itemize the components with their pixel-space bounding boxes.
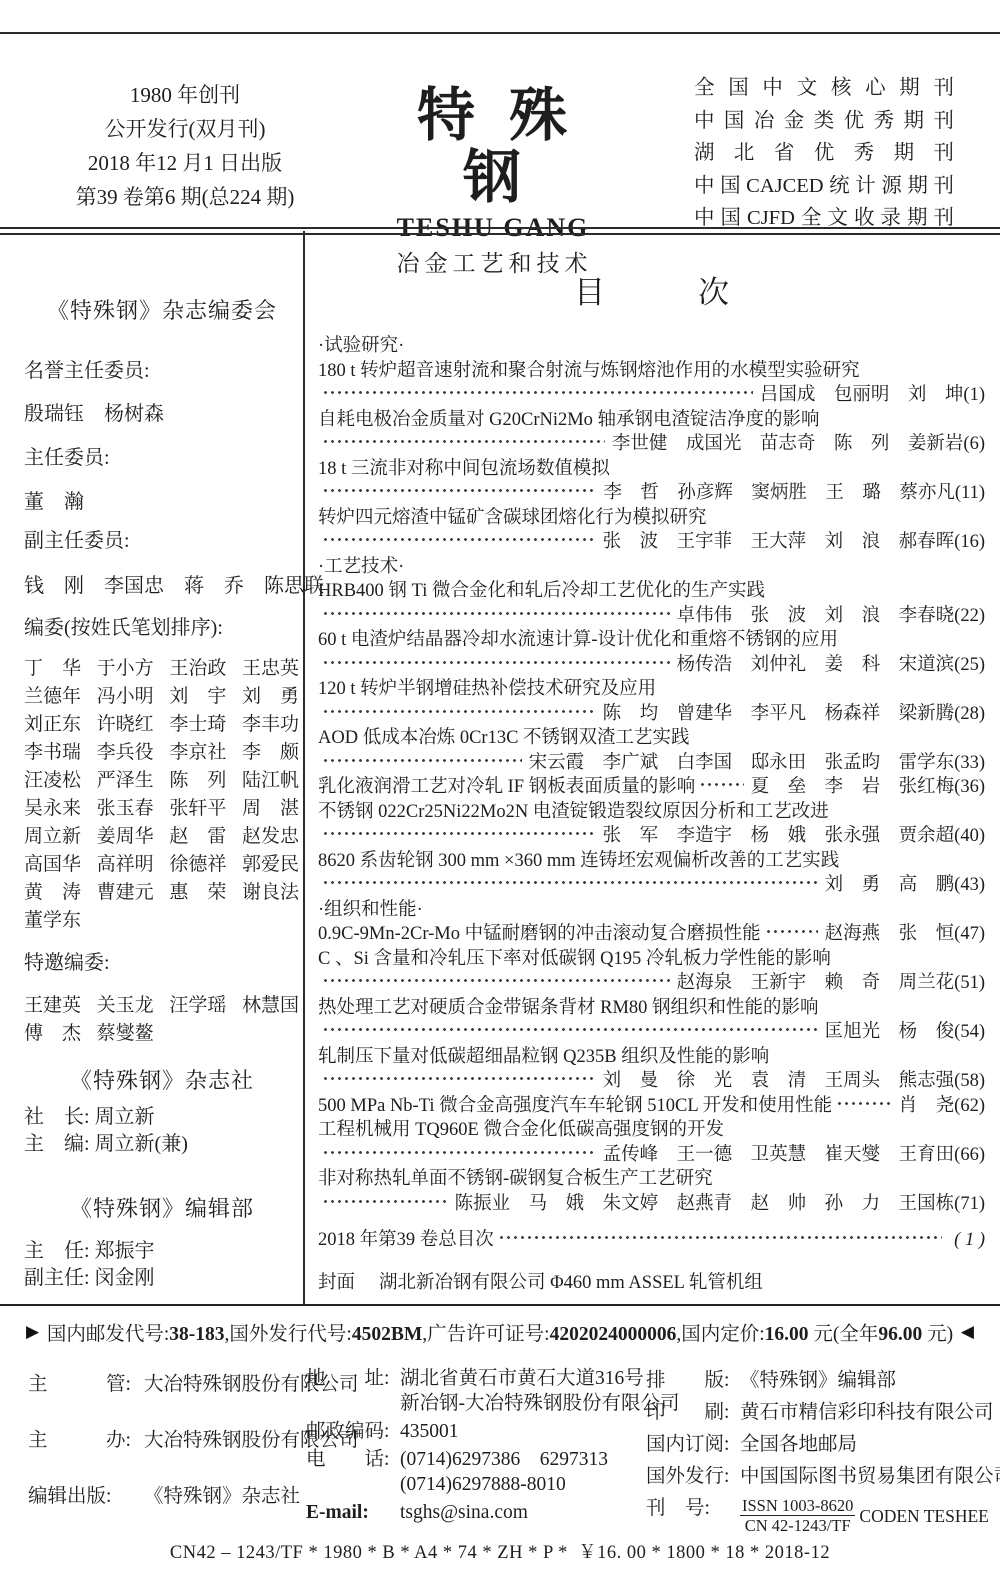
honor-line: 中国CAJCED统计源期刊 xyxy=(694,170,954,203)
editor-name: 丁 华 xyxy=(24,655,82,683)
notice-segment: 4502BM xyxy=(352,1324,422,1345)
editor-name: 刘正东 xyxy=(24,711,82,739)
toc-article-title: 不锈钢 022Cr25Ni22Mo2N 电渣锭锻造裂纹原因分析和工艺改进 xyxy=(318,800,985,825)
toc-article-entry: 乳化液润滑工艺对冷轧 IF 钢板表面质量的影响夏 垒 李 岩 张红梅(36) xyxy=(318,775,985,800)
toc-article-title: 500 MPa Nb-Ti 微合金高强度汽车车轮钢 510CL 开发和使用性能 xyxy=(318,1094,832,1119)
coden-code: CODEN TESHEE xyxy=(859,1503,988,1529)
top-rule xyxy=(0,32,1000,34)
issue-info-line: 第39 卷第6 期(总224 期) xyxy=(46,180,324,214)
dot-leader xyxy=(322,825,596,841)
toc-page-number: (43) xyxy=(954,873,985,898)
colophon-value: 《特殊钢》编辑部 xyxy=(740,1368,896,1394)
colophon-value: 湖北省黄石市黄石大道316号新冶钢-大冶特殊钢股份有限公司 xyxy=(400,1366,680,1416)
editor-name: 兰德年 xyxy=(24,683,82,711)
toc-authors: 李 哲 孙彦辉 窦炳胜 王 璐 蔡亦凡 xyxy=(603,481,955,506)
colophon-row: 主 管:大冶特殊钢股份有限公司 xyxy=(28,1372,306,1398)
toc-authors: 宋云霞 李广斌 白李国 邸永田 张孟昀 雷学东 xyxy=(529,751,955,776)
dot-leader xyxy=(765,923,818,939)
editor-name: 李书瑞 xyxy=(24,739,82,767)
toc-article-entry: 0.9C-9Mn-2Cr-Mo 中锰耐磨钢的冲击滚动复合磨损性能赵海燕 张 恒(… xyxy=(318,922,985,947)
editorial-dept-title: 《特殊钢》编辑部 xyxy=(24,1194,300,1224)
editor-name: 吴永来 xyxy=(24,795,82,823)
toc-author-line: 卓伟伟 张 波 刘 浪 李春晓(22) xyxy=(318,604,985,629)
colophon-row: 刊 号:ISSN 1003-8620CN 42-1243/TFCODEN TES… xyxy=(646,1496,994,1535)
toc-page-number: (28) xyxy=(954,702,985,727)
editor-name: 刘 宇 xyxy=(169,683,227,711)
special-editors-label: 特邀编委: xyxy=(24,950,300,976)
magazine-office-staff: 社 长: 周立新主 编: 周立新(兼) xyxy=(24,1104,300,1158)
toc-authors: 孟传峰 王一德 卫英慧 崔天燮 王育田 xyxy=(603,1143,955,1168)
editor-name: 高祥明 xyxy=(97,851,155,879)
staff-row: 主 任: 郑振宇 xyxy=(24,1238,300,1265)
right-arrow-icon: ◀ xyxy=(961,1322,974,1342)
toc-page-number: (47) xyxy=(954,922,985,947)
editor-name: 许晓红 xyxy=(97,711,155,739)
editor-name: 高国华 xyxy=(24,851,82,879)
dot-leader xyxy=(322,384,753,400)
cover-text: 湖北新冶钢有限公司 Φ460 mm ASSEL 轧管机组 xyxy=(379,1271,763,1296)
colophon-value: 435001 xyxy=(400,1419,459,1444)
editor-name: 王忠英 xyxy=(242,655,300,683)
notice-segment: 元) xyxy=(922,1324,953,1345)
notice-segment: ,广告许可证号: xyxy=(422,1324,549,1345)
issn-cn-fraction: ISSN 1003-8620CN 42-1243/TF xyxy=(740,1496,855,1535)
issue-info-line: 公开发行(双月刊) xyxy=(46,112,324,146)
colophon-column-contact: 地 址:湖北省黄石市黄石大道316号新冶钢-大冶特殊钢股份有限公司邮政编码:43… xyxy=(306,1366,644,1528)
notice-segment: ,国外发行代号: xyxy=(225,1324,352,1345)
toc-author-line: 杨传浩 刘仲礼 姜 科 宋道滨(25) xyxy=(318,653,985,678)
toc-list: ·试验研究·180 t 转炉超音速射流和聚合射流与炼钢熔池作用的水模型实验研究吕… xyxy=(318,334,985,1295)
toc-author-line: 陈 均 曾建华 李平凡 杨森祥 梁新腾(28) xyxy=(318,702,985,727)
colophon-row: E-mail:tsghs@sina.com xyxy=(306,1500,644,1525)
toc-authors: 陈 均 曾建华 李平凡 杨森祥 梁新腾 xyxy=(603,702,955,727)
toc-author-line: 李 哲 孙彦辉 窦炳胜 王 璐 蔡亦凡(11) xyxy=(318,481,985,506)
toc-author-line: 刘 勇 高 鹏(43) xyxy=(318,873,985,898)
dot-leader xyxy=(322,482,596,498)
dot-leader xyxy=(322,654,670,670)
colophon-row: 国内订阅:全国各地邮局 xyxy=(646,1432,994,1458)
colophon-label: 印 刷: xyxy=(646,1400,736,1426)
editor-name: 刘 勇 xyxy=(242,683,300,711)
toc-authors: 张 军 李造宇 杨 娥 张永强 贾余超 xyxy=(603,824,955,849)
toc-authors: 刘 勇 高 鹏 xyxy=(825,873,955,898)
toc-author-line: 刘 曼 徐 光 袁 清 王周头 熊志强(58) xyxy=(318,1069,985,1094)
toc-authors: 陈振业 马 娥 朱文婷 赵燕青 赵 帅 孙 力 王国栋 xyxy=(455,1192,955,1217)
toc-article-title: 工程机械用 TQ960E 微合金化低碳高强度钢的开发 xyxy=(318,1118,985,1143)
notice-segment: 4202024000006 xyxy=(550,1324,677,1345)
toc-article-title: 热处理工艺对硬质合金带锯条背材 RM80 钢组织和性能的影响 xyxy=(318,996,985,1021)
editor-name: 陈 列 xyxy=(169,767,227,795)
toc-authors: 李世健 成国光 苗志奇 陈 列 姜新岩 xyxy=(612,432,964,457)
colophon-column-publisher: 主 管:大冶特殊钢股份有限公司主 办:大冶特殊钢股份有限公司编辑出版:《特殊钢》… xyxy=(28,1372,306,1540)
staff-value: 郑振宇 xyxy=(90,1240,155,1262)
issue-info: 1980 年创刊公开发行(双月刊)2018 年12 月1 日出版第39 卷第6 … xyxy=(46,78,324,214)
editor-name: 张轩平 xyxy=(169,795,227,823)
editor-name: 姜周华 xyxy=(97,823,155,851)
toc-page-number: (1) xyxy=(963,383,985,408)
colophon-value: 黄石市精信彩印科技有限公司 xyxy=(740,1400,994,1426)
colophon-value: 《特殊钢》杂志社 xyxy=(144,1484,300,1510)
toc-article-title: 非对称热轧单面不锈钢-碳钢复合板生产工艺研究 xyxy=(318,1167,985,1192)
staff-label: 社 长: xyxy=(24,1106,90,1128)
colophon-label: 地 址: xyxy=(306,1366,396,1391)
staff-label: 副主任: xyxy=(24,1267,90,1289)
special-editor-name: 林慧国 xyxy=(242,992,300,1020)
toc-article-title: 轧制压下量对低碳超细晶粒钢 Q235B 组织及性能的影响 xyxy=(318,1045,985,1070)
editor-name: 徐德祥 xyxy=(169,851,227,879)
distribution-notice: ▶ 国内邮发代号:38-183,国外发行代号:4502BM,广告许可证号:420… xyxy=(26,1318,974,1346)
colophon-value: (0714)6297386 6297313(0714)6297888-8010 xyxy=(400,1447,608,1497)
colophon-row: 主 办:大冶特殊钢股份有限公司 xyxy=(28,1428,306,1454)
toc-authors: 刘 曼 徐 光 袁 清 王周头 熊志强 xyxy=(603,1069,955,1094)
toc-page-number: (66) xyxy=(954,1143,985,1168)
dot-leader xyxy=(322,972,670,988)
toc-page-number: (62) xyxy=(954,1094,985,1119)
toc-article-title: HRB400 钢 Ti 微合金化和轧后冷却工艺优化的生产实践 xyxy=(318,579,985,604)
toc-page-number: (16) xyxy=(954,530,985,555)
volume-index-title: 2018 年第39 卷总目次 xyxy=(318,1228,494,1253)
editor-name: 曹建元 xyxy=(97,879,155,907)
toc-article-title: 转炉四元熔渣中锰矿含碳球团熔化行为模拟研究 xyxy=(318,506,985,531)
issue-info-line: 1980 年创刊 xyxy=(46,78,324,112)
toc-page-number: (54) xyxy=(954,1020,985,1045)
toc-article-title: 8620 系齿轮钢 300 mm ×360 mm 连铸坯宏观偏析改善的工艺实践 xyxy=(318,849,985,874)
cn-number: CN 42-1243/TF xyxy=(740,1516,855,1535)
cataloging-code-line: CN42 – 1243/TF * 1980 * B * A4 * 74 * ZH… xyxy=(0,1538,1000,1564)
honorary-directors-names: 殷瑞钰 杨树森 xyxy=(24,401,300,427)
toc-authors: 匡旭光 杨 俊 xyxy=(825,1020,955,1045)
header-divider-rule xyxy=(0,227,1000,235)
colophon-value: tsghs@sina.com xyxy=(400,1500,528,1525)
staff-value: 闵金刚 xyxy=(90,1267,155,1289)
editor-name: 赵 雷 xyxy=(169,823,227,851)
colophon-label: 排 版: xyxy=(646,1368,736,1394)
colophon-label: 国内订阅: xyxy=(646,1432,736,1458)
editor-name: 严泽生 xyxy=(97,767,155,795)
editor-name: 汪凌松 xyxy=(24,767,82,795)
toc-page-number: (11) xyxy=(955,481,985,506)
dot-leader xyxy=(322,531,596,547)
toc-authors: 吕国成 包丽明 刘 坤 xyxy=(760,383,964,408)
staff-value: 周立新 xyxy=(90,1106,155,1128)
editor-name: 赵发忠 xyxy=(242,823,300,851)
committee-title: 《特殊钢》杂志编委会 xyxy=(24,296,300,326)
editor-name: 于小方 xyxy=(97,655,155,683)
column-divider-rule xyxy=(303,231,305,1304)
editor-name: 周 湛 xyxy=(242,795,300,823)
toc-page-number: (25) xyxy=(954,653,985,678)
notice-segment: 96.00 xyxy=(878,1324,922,1345)
dot-leader xyxy=(322,1070,596,1086)
colophon-label: 主 办: xyxy=(28,1428,140,1454)
colophon-value: 中国国际图书贸易集团有限公司 xyxy=(740,1464,1000,1490)
cover-note: 封面湖北新冶钢有限公司 Φ460 mm ASSEL 轧管机组 xyxy=(318,1271,985,1296)
toc-authors: 赵海燕 张 恒 xyxy=(825,922,955,947)
staff-label: 主 编: xyxy=(24,1133,90,1155)
staff-row: 社 长: 周立新 xyxy=(24,1104,300,1131)
honor-line: 湖北省优秀期刊 xyxy=(694,137,954,170)
toc-page-number: (58) xyxy=(954,1069,985,1094)
footer-rule xyxy=(0,1304,1000,1306)
notice-segment: 16.00 xyxy=(765,1324,809,1345)
editorial-board-sidebar: 《特殊钢》杂志编委会 名誉主任委员: 殷瑞钰 杨树森 主任委员: 董 瀚 副主任… xyxy=(24,250,300,1292)
toc-author-line: 宋云霞 李广斌 白李国 邸永田 张孟昀 雷学东(33) xyxy=(318,751,985,776)
editor-name: 冯小明 xyxy=(97,683,155,711)
volume-index-page: ( 1 ) xyxy=(954,1228,985,1253)
toc-authors: 杨传浩 刘仲礼 姜 科 宋道滨 xyxy=(677,653,955,678)
special-editor-name: 傅 杰 xyxy=(24,1020,82,1048)
notice-segment: 国内邮发代号: xyxy=(47,1324,169,1345)
distribution-notice-text: 国内邮发代号:38-183,国外发行代号:4502BM,广告许可证号:42020… xyxy=(47,1318,953,1346)
notice-segment: ,国内定价: xyxy=(676,1324,764,1345)
special-editor-name: 汪学瑶 xyxy=(169,992,227,1020)
dot-leader xyxy=(322,605,670,621)
colophon-row: 国外发行:中国国际图书贸易集团有限公司 xyxy=(646,1464,994,1490)
editor-name: 董学东 xyxy=(24,907,82,935)
editor-name: 郭爱民 xyxy=(242,851,300,879)
colophon-row: 地 址:湖北省黄石市黄石大道316号新冶钢-大冶特殊钢股份有限公司 xyxy=(306,1366,644,1416)
colophon-value: 全国各地邮局 xyxy=(740,1432,857,1458)
toc-authors: 张 波 王宇菲 王大萍 刘 浪 郝春晖 xyxy=(603,530,955,555)
cover-label: 封面 xyxy=(318,1271,355,1296)
dot-leader xyxy=(322,1021,818,1037)
issue-info-line: 2018 年12 月1 日出版 xyxy=(46,146,324,180)
dot-leader xyxy=(699,776,743,792)
toc-article-title: 18 t 三流非对称中间包流场数值模拟 xyxy=(318,457,985,482)
colophon-label: 主 管: xyxy=(28,1372,140,1398)
dot-leader xyxy=(836,1095,892,1111)
notice-segment: 38-183 xyxy=(169,1324,224,1345)
toc-author-line: 张 波 王宇菲 王大萍 刘 浪 郝春晖(16) xyxy=(318,530,985,555)
staff-row: 副主任: 闵金刚 xyxy=(24,1265,300,1292)
honors-list: 全国中文核心期刊中国冶金类优秀期刊湖北省优秀期刊中国CAJCED统计源期刊中国C… xyxy=(694,72,954,235)
special-editor-name: 王建英 xyxy=(24,992,82,1020)
director-names: 董 瀚 xyxy=(24,489,300,515)
journal-title: 特殊钢 xyxy=(352,85,632,209)
toc-article-title: 60 t 电渣炉结晶器冷却水流速计算-设计优化和重熔不锈钢的应用 xyxy=(318,628,985,653)
editor-name: 李丰功 xyxy=(242,711,300,739)
editor-name: 周立新 xyxy=(24,823,82,851)
toc-article-title: AOD 低成本冶炼 0Cr13C 不锈钢双渣工艺实践 xyxy=(318,726,985,751)
toc-author-line: 陈振业 马 娥 朱文婷 赵燕青 赵 帅 孙 力 王国栋(71) xyxy=(318,1192,985,1217)
toc-author-line: 孟传峰 王一德 卫英慧 崔天燮 王育田(66) xyxy=(318,1143,985,1168)
magazine-office-title: 《特殊钢》杂志社 xyxy=(24,1066,300,1096)
toc-page-number: (22) xyxy=(954,604,985,629)
colophon-label: 刊 号: xyxy=(646,1496,736,1522)
left-arrow-icon: ▶ xyxy=(26,1322,39,1342)
dot-leader xyxy=(498,1229,942,1245)
special-editor-name: 关玉龙 xyxy=(97,992,155,1020)
editor-name: 王治政 xyxy=(169,655,227,683)
special-editors-grid: 王建英关玉龙汪学瑶林慧国傅 杰蔡燮鳌 xyxy=(24,992,300,1048)
director-label: 主任委员: xyxy=(24,445,300,471)
dot-leader xyxy=(322,1193,448,1209)
editor-name: 谢良法 xyxy=(242,879,300,907)
colophon-label: 邮政编码: xyxy=(306,1419,396,1444)
editor-name: 黄 涛 xyxy=(24,879,82,907)
toc-page-number: (51) xyxy=(954,971,985,996)
toc-page-number: (33) xyxy=(954,751,985,776)
journal-contents-page: 1980 年创刊公开发行(双月刊)2018 年12 月1 日出版第39 卷第6 … xyxy=(0,0,1000,1586)
colophon-row: 排 版:《特殊钢》编辑部 xyxy=(646,1368,994,1394)
toc-page-number: (71) xyxy=(954,1192,985,1217)
toc-authors: 赵海泉 王新宇 赖 奇 周兰花 xyxy=(677,971,955,996)
toc-section-header: ·试验研究· xyxy=(318,334,985,359)
toc-article-entry: 500 MPa Nb-Ti 微合金高强度汽车车轮钢 510CL 开发和使用性能肖… xyxy=(318,1094,985,1119)
toc-article-title: 180 t 转炉超音速射流和聚合射流与炼钢熔池作用的水模型实验研究 xyxy=(318,359,985,384)
dot-leader xyxy=(322,703,596,719)
dot-leader xyxy=(322,433,605,449)
toc-article-title: 自耗电极冶金质量对 G20CrNi2Mo 轴承钢电渣锭洁净度的影响 xyxy=(318,408,985,433)
staff-value: 周立新(兼) xyxy=(90,1133,188,1155)
toc-article-title: 120 t 转炉半钢增硅热补偿技术研究及应用 xyxy=(318,677,985,702)
colophon-row: 印 刷:黄石市精信彩印科技有限公司 xyxy=(646,1400,994,1426)
editor-name: 李 颇 xyxy=(242,739,300,767)
editor-name: 张玉春 xyxy=(97,795,155,823)
toc-article-title: C 、Si 含量和冷轧压下率对低碳钢 Q195 冷轧板力学性能的影响 xyxy=(318,947,985,972)
issn-number: ISSN 1003-8620 xyxy=(740,1496,855,1516)
colophon-row: 编辑出版:《特殊钢》杂志社 xyxy=(28,1484,306,1510)
deputy-directors-label: 副主任委员: xyxy=(24,528,300,554)
toc-page-number: (40) xyxy=(954,824,985,849)
toc-page-number: (36) xyxy=(954,775,985,800)
editor-name: 李士琦 xyxy=(169,711,227,739)
toc-authors: 夏 垒 李 岩 张红梅 xyxy=(751,775,955,800)
dot-leader xyxy=(322,752,522,768)
editors-label: 编委(按姓氏笔划排序): xyxy=(24,615,300,641)
toc-article-title: 0.9C-9Mn-2Cr-Mo 中锰耐磨钢的冲击滚动复合磨损性能 xyxy=(318,922,761,947)
editor-name: 李兵役 xyxy=(97,739,155,767)
colophon-column-distribution: 排 版:《特殊钢》编辑部印 刷:黄石市精信彩印科技有限公司国内订阅:全国各地邮局… xyxy=(646,1368,994,1541)
editors-name-grid: 丁 华于小方王治政王忠英兰德年冯小明刘 宇刘 勇刘正东许晓红李士琦李丰功李书瑞李… xyxy=(24,655,300,935)
colophon-label: E-mail: xyxy=(306,1500,396,1525)
toc-author-line: 匡旭光 杨 俊(54) xyxy=(318,1020,985,1045)
editor-name: 惠 荣 xyxy=(169,879,227,907)
table-of-contents: 目 次 ·试验研究·180 t 转炉超音速射流和聚合射流与炼钢熔池作用的水模型实… xyxy=(318,250,985,1295)
toc-article-title: 乳化液润滑工艺对冷轧 IF 钢板表面质量的影响 xyxy=(318,775,695,800)
dot-leader xyxy=(322,1144,596,1160)
toc-author-line: 吕国成 包丽明 刘 坤(1) xyxy=(318,383,985,408)
honorary-directors-label: 名誉主任委员: xyxy=(24,358,300,384)
toc-authors: 肖 尧 xyxy=(899,1094,955,1119)
staff-row: 主 编: 周立新(兼) xyxy=(24,1131,300,1158)
special-editor-name: 蔡燮鳌 xyxy=(97,1020,155,1048)
colophon-label: 编辑出版: xyxy=(28,1484,140,1510)
toc-section-header: ·组织和性能· xyxy=(318,898,985,923)
editor-name: 陆江帆 xyxy=(242,767,300,795)
toc-author-line: 张 军 李造宇 杨 娥 张永强 贾余超(40) xyxy=(318,824,985,849)
colophon-label: 电 话: xyxy=(306,1447,396,1472)
toc-authors: 卓伟伟 张 波 刘 浪 李春晓 xyxy=(677,604,955,629)
editor-name: 李京社 xyxy=(169,739,227,767)
honor-line: 中国冶金类优秀期刊 xyxy=(694,105,954,138)
toc-author-line: 李世健 成国光 苗志奇 陈 列 姜新岩(6) xyxy=(318,432,985,457)
toc-volume-index: 2018 年第39 卷总目次( 1 ) xyxy=(318,1228,985,1253)
staff-label: 主 任: xyxy=(24,1240,90,1262)
toc-page-number: (6) xyxy=(963,432,985,457)
deputy-directors-names: 钱 刚 李国忠 蒋 乔 陈思联 xyxy=(24,573,300,599)
toc-heading: 目 次 xyxy=(318,272,985,314)
colophon-label: 国外发行: xyxy=(646,1464,736,1490)
honor-line: 全国中文核心期刊 xyxy=(694,72,954,105)
dot-leader xyxy=(322,874,818,890)
toc-section-header: ·工艺技术· xyxy=(318,555,985,580)
colophon-row: 电 话:(0714)6297386 6297313(0714)6297888-8… xyxy=(306,1447,644,1497)
colophon-row: 邮政编码:435001 xyxy=(306,1419,644,1444)
toc-author-line: 赵海泉 王新宇 赖 奇 周兰花(51) xyxy=(318,971,985,996)
editorial-dept-staff: 主 任: 郑振宇副主任: 闵金刚 xyxy=(24,1238,300,1292)
notice-segment: 元(全年 xyxy=(808,1324,878,1345)
